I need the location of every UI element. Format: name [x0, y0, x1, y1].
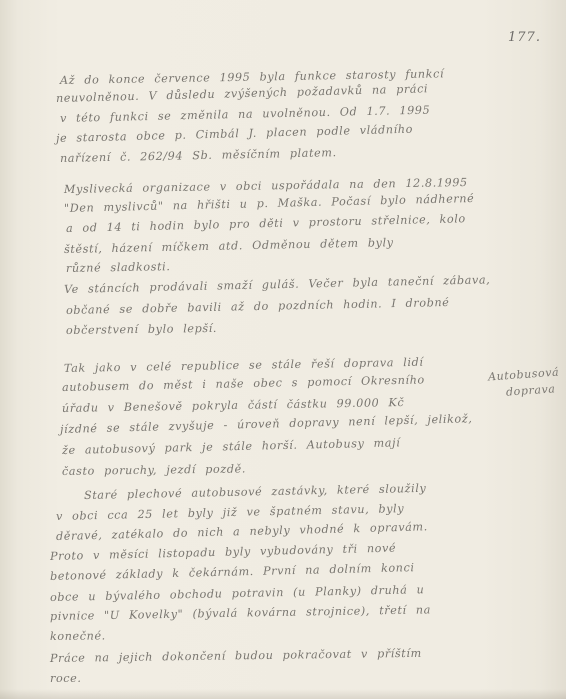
text-line: často poruchy, jezdí pozdě.: [62, 462, 246, 478]
text-line: betonové základy k čekárnám. První na do…: [50, 561, 415, 583]
text-line: děravé, zatékalo do nich a nebyly vhodné…: [56, 520, 428, 543]
text-line: v obci cca 25 let byly již ve špatném st…: [56, 502, 405, 523]
text-line: je starosta obce p. Cimbál J. placen pod…: [56, 123, 413, 145]
text-line: jízdné se stále zvyšuje - úroveň dopravy…: [60, 412, 473, 436]
chronicle-page: 177. Až do konce července 1995 byla funk…: [0, 0, 566, 699]
text-line: nařízení č. 262/94 Sb. měsíčním platem.: [60, 146, 337, 165]
margin-note-line: Autobusová: [488, 366, 560, 384]
page-number: 177.: [508, 30, 541, 45]
margin-note-line: doprava: [506, 382, 556, 398]
text-line: úřadu v Benešově pokryla částí částku 99…: [62, 396, 405, 415]
text-line: roce.: [50, 672, 82, 685]
text-line: "Den myslivců" na hřišti u p. Maška. Poč…: [64, 192, 475, 215]
text-line: různé sladkosti.: [66, 260, 171, 275]
text-line: Staré plechové autobusové zastávky, kter…: [84, 482, 427, 502]
text-line: štěstí, házení míčkem atd. Odměnou dětem…: [64, 236, 394, 256]
text-line: občané se dobře bavili až do pozdních ho…: [66, 296, 450, 317]
text-line: v této funkci se změnila na uvolněnou. O…: [60, 104, 431, 125]
text-line: že autobusový park je stále horší. Autob…: [62, 436, 401, 457]
text-line: Práce na jejich dokončení budou pokračov…: [50, 647, 422, 665]
text-line: a od 14 ti hodin bylo pro děti v prostor…: [66, 212, 466, 235]
text-line: autobusem do měst i naše obec s pomocí O…: [62, 373, 425, 394]
text-line: konečné.: [50, 629, 106, 643]
text-line: občerstvení bylo lepší.: [66, 322, 217, 337]
text-line: obce u bývalého obchodu potravin (u Plan…: [50, 583, 425, 604]
text-line: Tak jako v celé republice se stále řeší …: [64, 356, 424, 375]
text-line: Ve stáncích prodávali smaží guláš. Večer…: [64, 273, 491, 296]
text-line: pivnice "U Kovelky" (bývalá kovárna stro…: [50, 603, 431, 623]
text-line: Proto v měsíci listopadu byly vybudovány…: [50, 542, 396, 563]
